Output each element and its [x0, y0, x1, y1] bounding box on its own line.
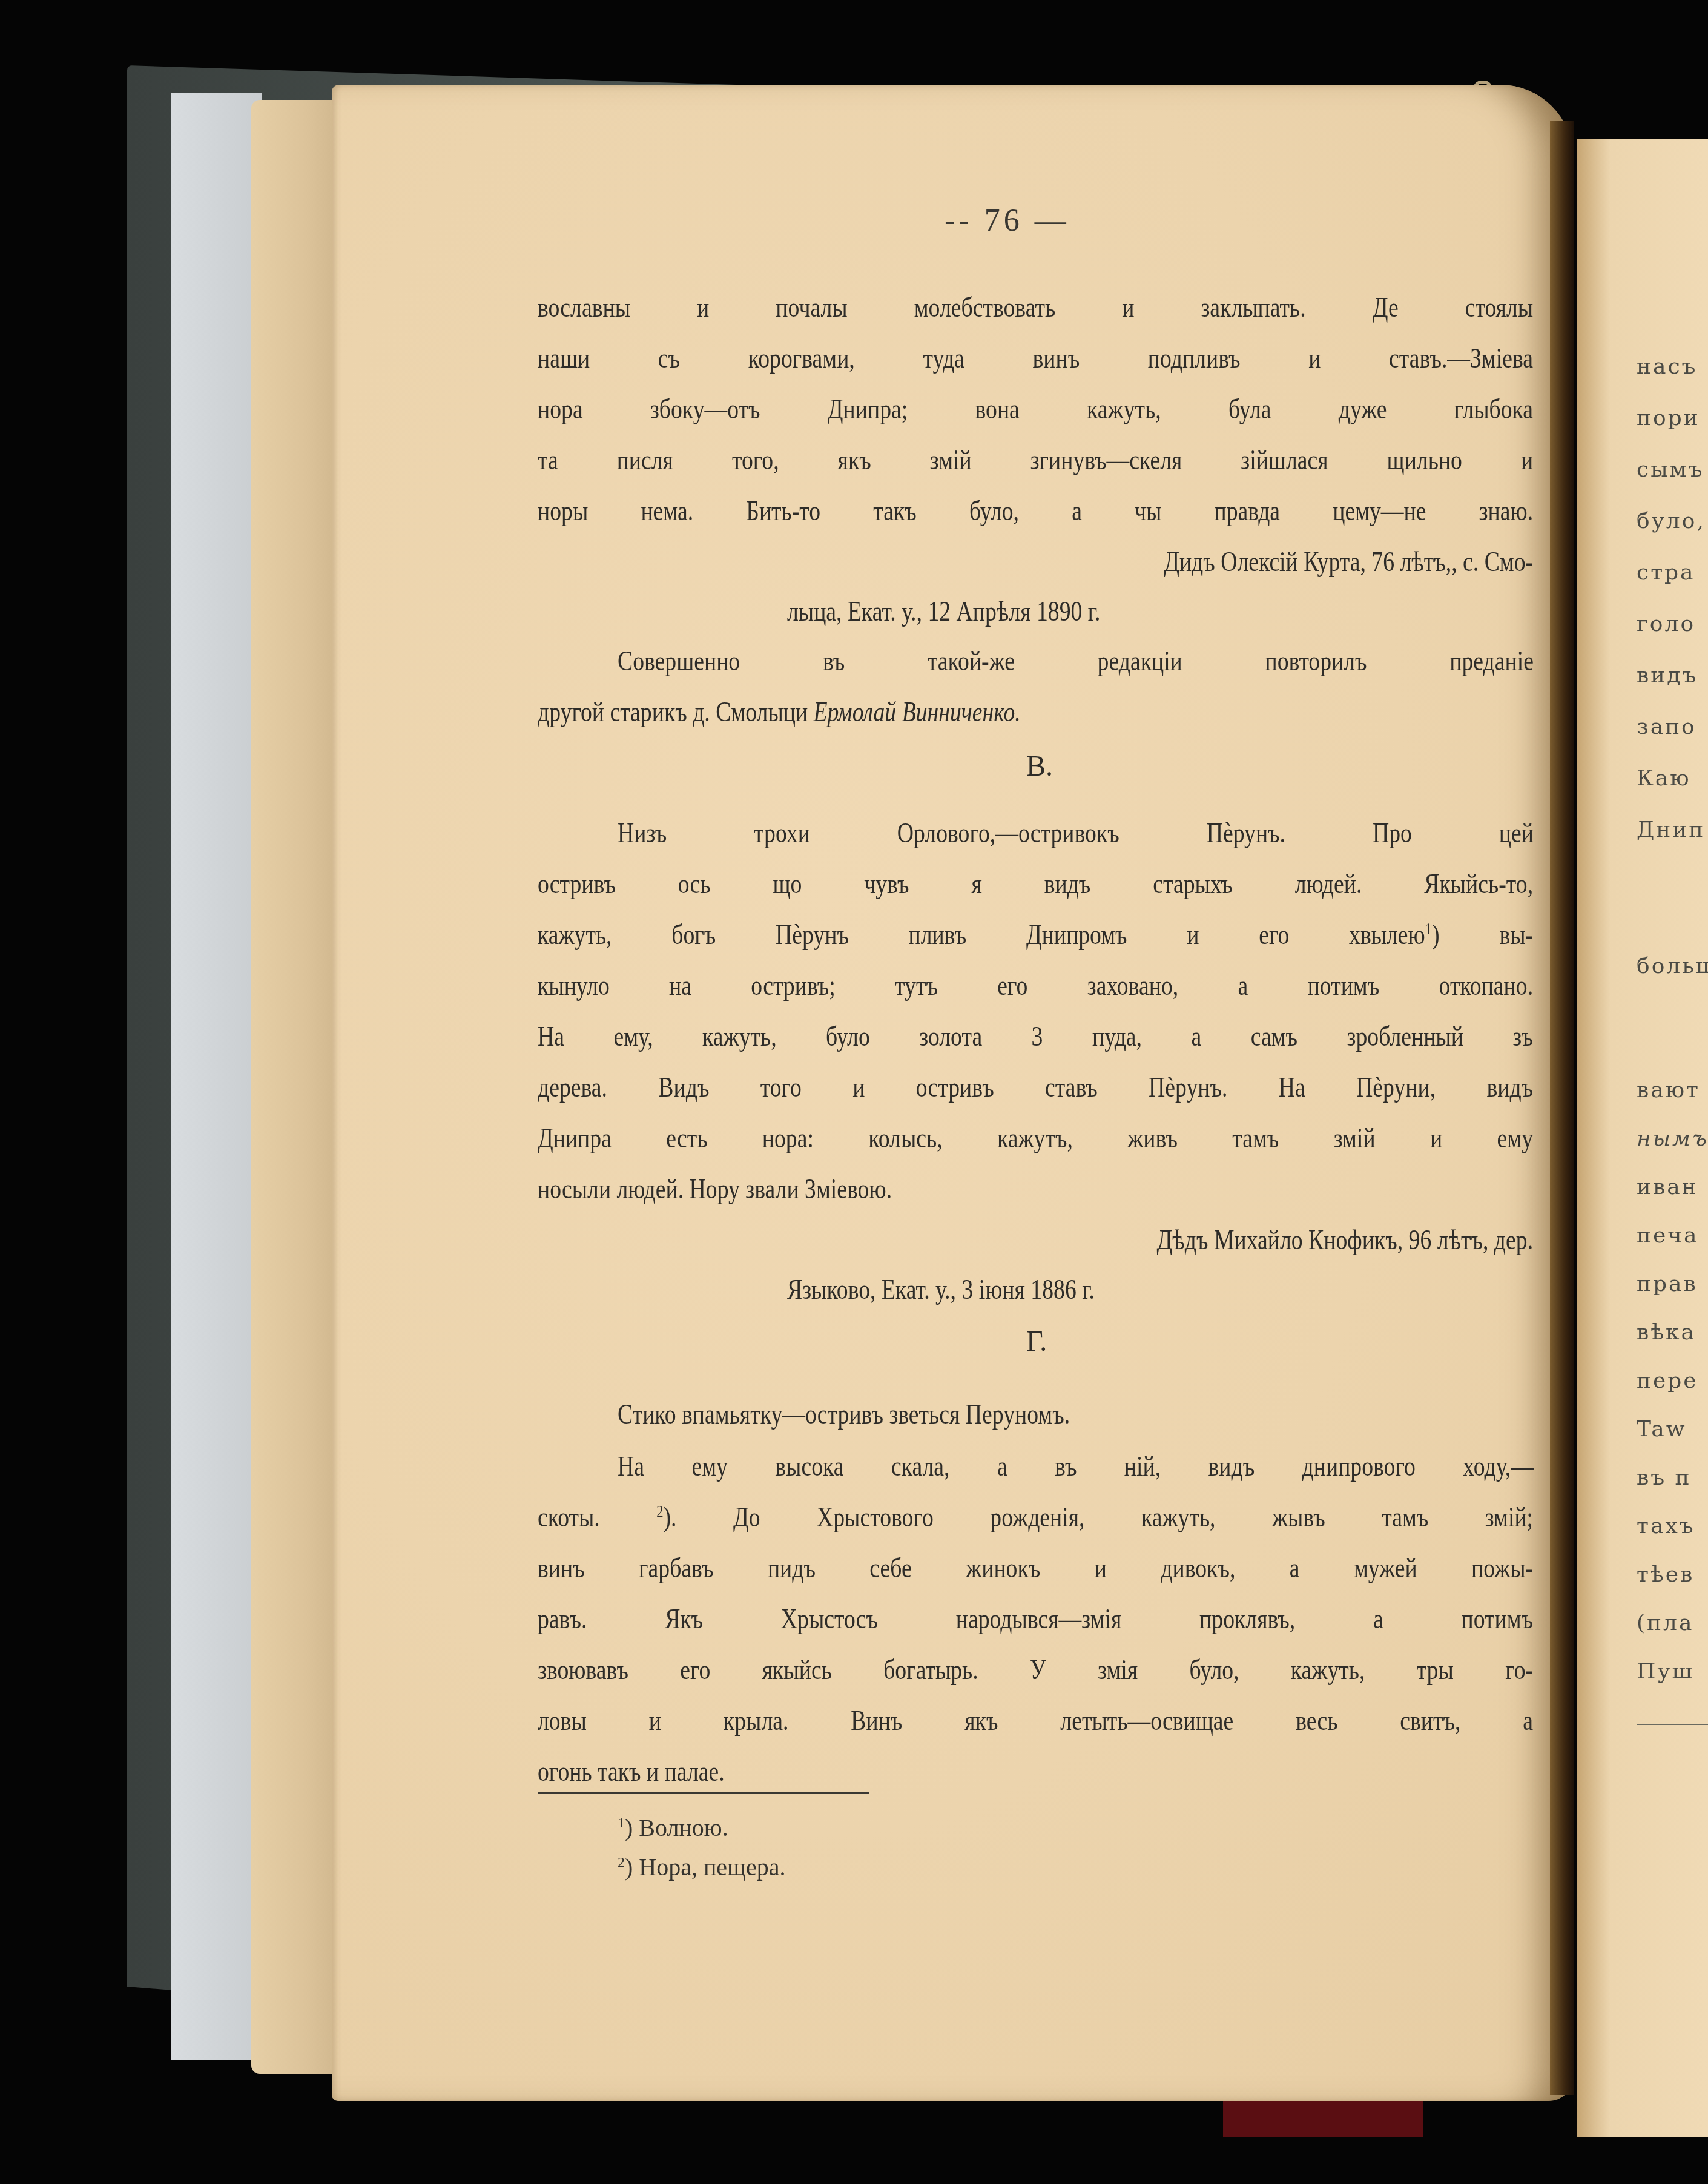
section-heading-g: Г.: [1026, 1325, 1047, 1358]
text-line: винъ гарбавъ пидъ себе жинокъ и дивокъ, …: [538, 1550, 1533, 1586]
book-gutter: [1550, 121, 1574, 2095]
fragment: нымъ: [1637, 1126, 1708, 1151]
fragment: тахъ: [1637, 1514, 1708, 1539]
footnote-2: 2) Нора, пещера.: [618, 1853, 785, 1881]
text-line: другой старикъ д. Смолыци Ермолай Виннич…: [538, 694, 1580, 730]
text-line: Низъ трохи Орлового,—остривокъ Пѐрунъ. П…: [618, 815, 1534, 851]
text-line: На ему, кажуть, було золота 3 пуда, а са…: [538, 1018, 1533, 1055]
footnote-ref[interactable]: 2: [656, 1502, 663, 1520]
attribution-line: лыца, Екат. у., 12 Апрѣля 1890 г.: [787, 593, 1333, 630]
fragment: Днип: [1637, 817, 1708, 842]
flyleaf: [171, 93, 262, 2060]
fragment: больш: [1637, 954, 1708, 978]
text-run: другой старикъ д. Смолыци: [538, 696, 814, 727]
fragment: сымъ: [1637, 457, 1708, 482]
footnote-marker: 1: [618, 1815, 625, 1831]
text-run: ) вы-: [1432, 919, 1533, 950]
footnote-1: 1) Волною.: [618, 1813, 728, 1842]
text-line: Совершенно въ такой-же редакціи повторил…: [618, 643, 1534, 679]
page-number: -- 76 —: [945, 203, 1070, 239]
text-line: та писля того, якъ змій згинувъ—скеля зі…: [538, 442, 1533, 478]
attribution-line: Дидъ Олексій Курта, 76 лѣтъ,, с. Смо-: [538, 544, 1533, 580]
footnote-rule: [1637, 1724, 1708, 1725]
section-heading-v: В.: [1026, 750, 1053, 783]
fragment: запо: [1637, 714, 1708, 739]
text-line: Днипра есть нора: колысь, кажутъ, живъ т…: [538, 1120, 1533, 1156]
text-line: дерева. Видъ того и остривъ ставъ Пѐрунъ…: [538, 1069, 1533, 1106]
text-line: носыли людей. Нору звали Зміевою.: [538, 1171, 1533, 1207]
fragment: видъ: [1637, 663, 1708, 688]
text-line: наши съ корогвами, туда винъ подпливъ и …: [538, 340, 1533, 377]
fragment: пере: [1637, 1368, 1708, 1393]
footnote-text: ) Нора, пещера.: [625, 1853, 785, 1881]
text-line: кынуло на остривъ; тутъ его заховано, а …: [538, 968, 1533, 1004]
footnote-ref[interactable]: 1: [1425, 919, 1432, 938]
fragment: пори: [1637, 406, 1708, 431]
text-line: равъ. Якъ Хрыстосъ народывся—змія прокля…: [538, 1601, 1533, 1637]
fragment: насъ: [1637, 354, 1708, 379]
text-line: Стико впамьятку—остривъ зветься Перуномъ…: [618, 1396, 1534, 1433]
fragment: вѣка: [1637, 1320, 1708, 1345]
footnote-marker: 2: [618, 1855, 625, 1870]
fragment: прав: [1637, 1272, 1708, 1296]
text-run: ). До Хрыстового рожденія, кажуть, жывъ …: [664, 1502, 1534, 1532]
text-line: скоты. 2). До Хрыстового рожденія, кажут…: [538, 1499, 1533, 1536]
fragment: (пла: [1637, 1611, 1708, 1635]
text-line: огонь такъ и палае.: [538, 1753, 1533, 1790]
fragment: Пуш: [1637, 1659, 1708, 1684]
adjacent-page: насъ пори сымъ було, стра голо видъ запо…: [1577, 139, 1708, 2137]
attribution-line: Языково, Екат. у., 3 іюня 1886 г.: [787, 1272, 1333, 1308]
text-line: вославны и почалы молебствовать и заклып…: [538, 289, 1533, 326]
fragment: тѣев: [1637, 1562, 1708, 1587]
text-run: скоты.: [538, 1502, 656, 1532]
text-run: кажуть, богъ Пѐрунъ пливъ Днипромъ и его…: [538, 919, 1425, 950]
text-line: На ему высока скала, а въ ній, видъ днип…: [618, 1448, 1534, 1485]
fragment: стра: [1637, 560, 1708, 585]
footnote-rule: [538, 1792, 869, 1794]
text-line: нора збоку—отъ Днипра; вона кажуть, була…: [538, 391, 1533, 427]
fragment: печа: [1637, 1223, 1708, 1248]
fragment: Каю: [1637, 766, 1708, 791]
person-name-italic: Ермолай Винниченко.: [814, 696, 1021, 727]
text-line: остривъ ось що чувъ я видъ старыхъ людей…: [538, 866, 1533, 902]
attribution-line: Дѣдъ Михайло Кнофикъ, 96 лѣтъ, дер.: [538, 1222, 1533, 1258]
text-line: ловы и крыла. Винъ якъ летыть—освищае ве…: [538, 1703, 1533, 1739]
fragment: вают: [1637, 1078, 1708, 1103]
fragment: було,: [1637, 509, 1708, 533]
fragment: Taw: [1637, 1417, 1708, 1442]
fragment: иван: [1637, 1175, 1708, 1199]
text-line: кажуть, богъ Пѐрунъ пливъ Днипромъ и его…: [538, 917, 1533, 953]
fragment: въ п: [1637, 1465, 1708, 1490]
fragment: голо: [1637, 612, 1708, 636]
footnote-text: ) Волною.: [625, 1814, 728, 1841]
page-stack: [251, 100, 342, 2074]
cover-spine-red-bottom: [1223, 2101, 1423, 2137]
text-line: норы нема. Бить-то такъ було, а чы правд…: [538, 493, 1533, 529]
text-line: звоювавъ его якыйсь богатырь. У змія бул…: [538, 1652, 1533, 1688]
